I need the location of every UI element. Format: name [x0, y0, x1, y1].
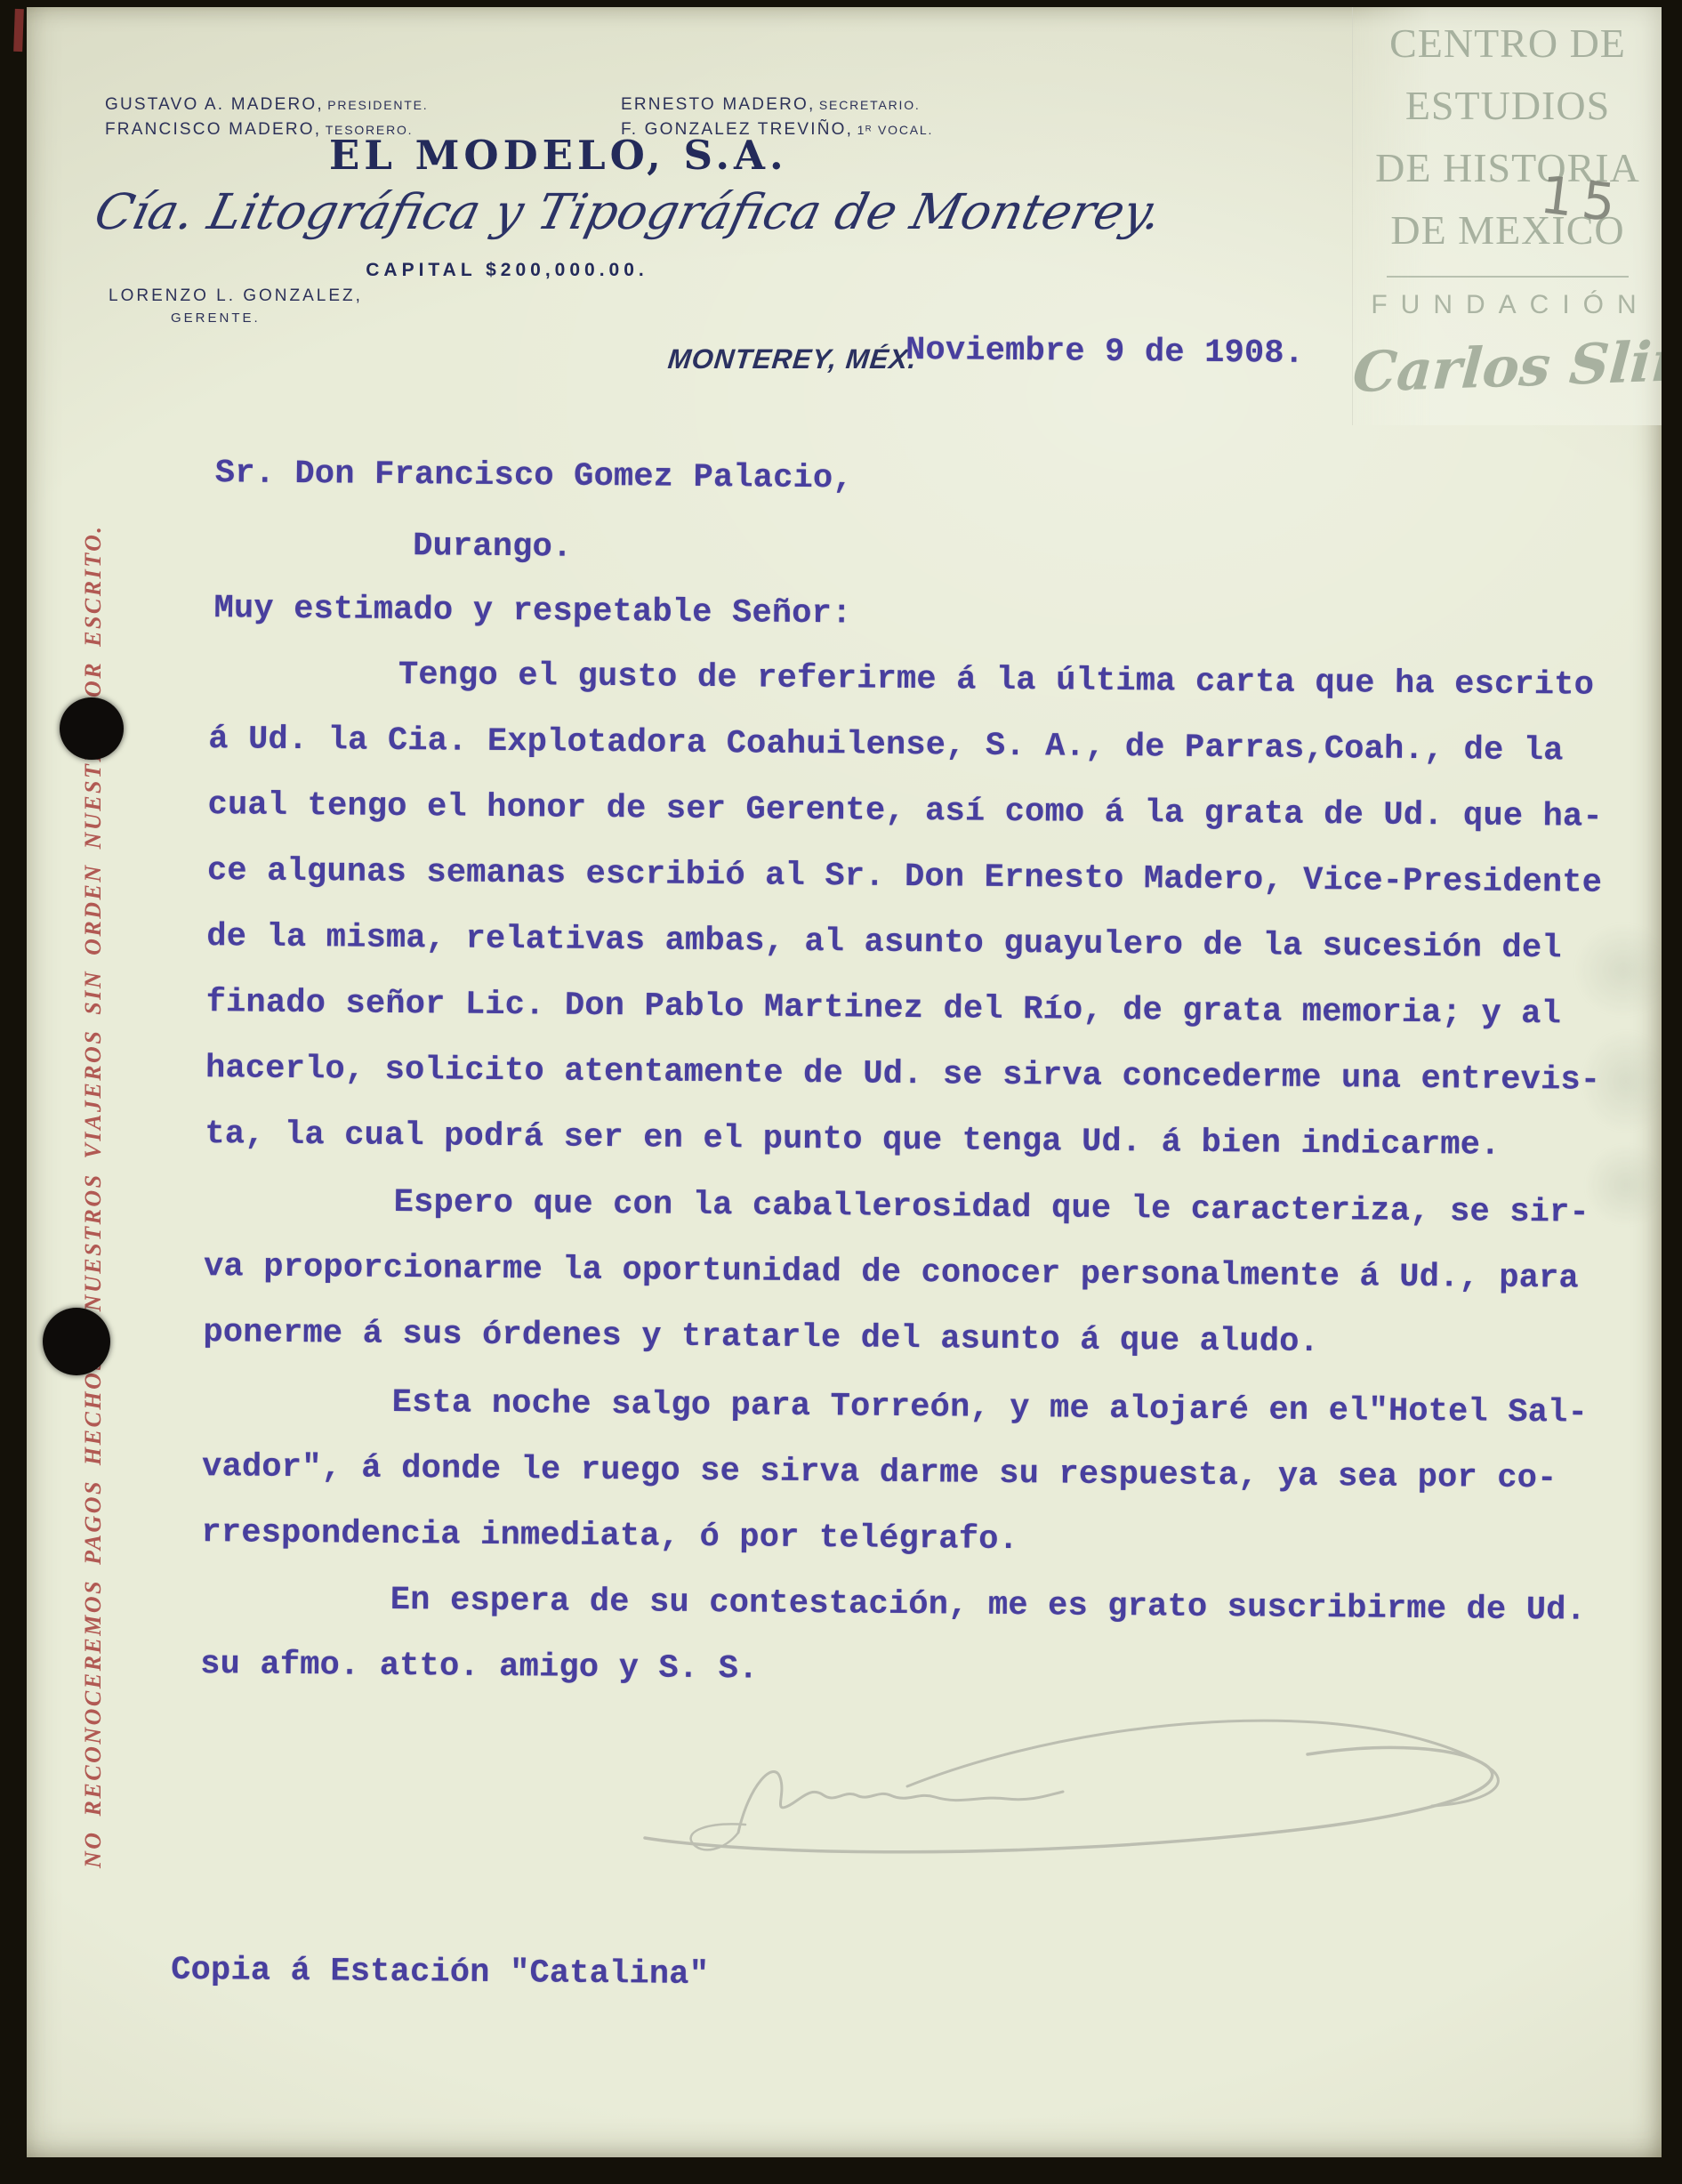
- typed-line: cual tengo el honor de ser Gerente, así …: [207, 772, 1603, 850]
- typed-line: de la misma, relativas ambas, al asunto …: [206, 904, 1602, 982]
- typed-date: Noviembre 9 de 1908.: [905, 318, 1305, 387]
- typed-line: vador", á donde le ruego se sirva darme …: [202, 1434, 1588, 1512]
- paragraph-1: Tengo el gusto de referirme á la última …: [205, 641, 1604, 1180]
- typed-line: á Ud. la Cia. Explotadora Coahuilense, S…: [208, 706, 1604, 785]
- typed-line: rrespondencia inmediata, ó por telégrafo…: [201, 1500, 1587, 1578]
- paragraph-2: Espero que con la caballerosidad que le …: [203, 1168, 1589, 1378]
- typed-line: Espero que con la caballerosidad que le …: [204, 1168, 1589, 1246]
- typed-line: Tengo el gusto de referirme á la última …: [209, 641, 1605, 719]
- typed-line: ponerme á sus órdenes y tratarle del asu…: [203, 1300, 1589, 1378]
- typed-line: ta, la cual podrá ser en el punto que te…: [205, 1101, 1600, 1180]
- recipient-city: Durango.: [413, 513, 573, 581]
- ink-bleedthrough: [1574, 923, 1662, 1017]
- typed-line: finado señor Lic. Don Pablo Martinez del…: [205, 970, 1601, 1048]
- side-warning-text: NO RECONOCEREMOS PAGOS HECHOS A NUESTROS…: [80, 658, 107, 1868]
- typed-line: ce algunas semanas escribió al Sr. Don E…: [207, 838, 1603, 916]
- letter-sheet: GUSTAVO A. MADERO, PRESIDENTE. FRANCISCO…: [27, 7, 1662, 2157]
- recipient-line: Sr. Don Francisco Gomez Palacio,: [215, 440, 854, 512]
- punch-hole-top: [60, 697, 124, 760]
- red-edge-mark: [13, 9, 24, 52]
- copy-note: Copia á Estación "Catalina": [171, 1938, 710, 2008]
- ink-bleedthrough: [1581, 1030, 1662, 1132]
- paragraph-3: Esta noche salgo para Torreón, y me aloj…: [201, 1368, 1588, 1578]
- punch-hole-bottom: [43, 1308, 110, 1375]
- typed-line: va proporcionarme la oportunidad de cono…: [204, 1234, 1589, 1312]
- typed-line: En espera de su contestación, me es grat…: [201, 1566, 1587, 1644]
- salutation: Muy estimado y respetable Señor:: [213, 576, 852, 647]
- typed-line: hacerlo, solicito atentamente de Ud. se …: [205, 1036, 1601, 1114]
- typed-line: Esta noche salgo para Torreón, y me aloj…: [202, 1368, 1588, 1447]
- scanned-letter-photo: { "letterhead": { "officers_left": [ {"n…: [0, 0, 1682, 2184]
- ink-bleedthrough: [1585, 1144, 1662, 1226]
- pencil-signature: [560, 1680, 1583, 1866]
